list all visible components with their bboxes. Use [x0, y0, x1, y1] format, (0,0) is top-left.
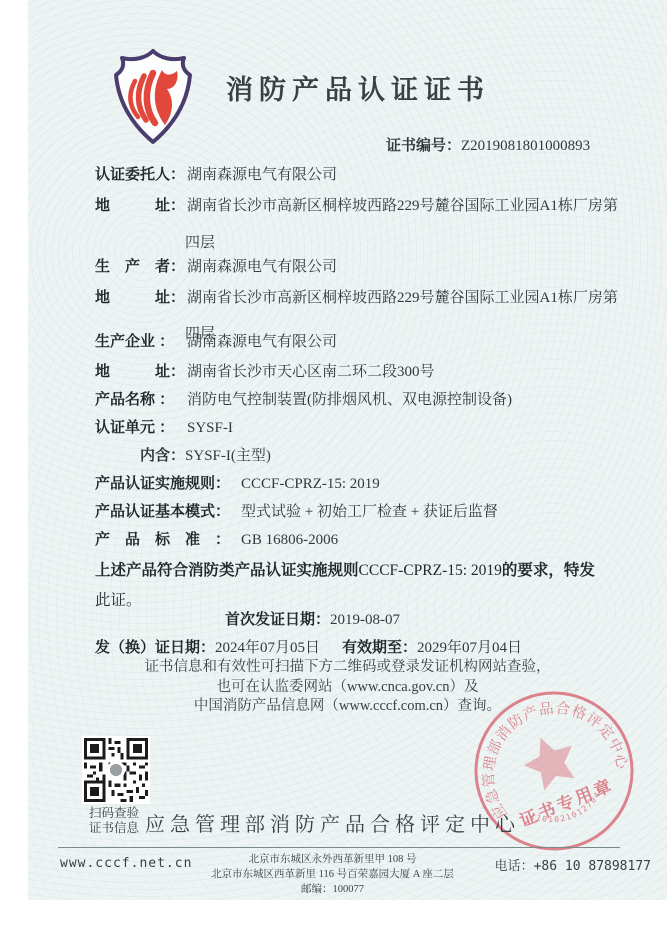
field-mode: 产品认证基本模式：型式试验 + 初始工厂检查 + 获证后监督 — [95, 502, 498, 522]
field-value: 湖南省长沙市高新区桐梓坡西路229号麓谷国际工业园A1栋厂房第 — [187, 198, 618, 214]
reissue-value: 2024年07月05日 — [215, 640, 320, 656]
certificate-paper: 消防产品认证证书 证书编号：Z2019081801000893 认证委托人：湖南… — [28, 0, 667, 900]
footer-address-line1: 北京市东城区永外西革新里甲 108 号 — [128, 852, 537, 867]
field-value: GB 16806-2006 — [241, 532, 338, 548]
certificate-title: 消防产品认证证书 — [226, 68, 490, 107]
first-issue-label: 首次发证日期： — [225, 611, 330, 628]
issuing-org-name: 应急管理部消防产品合格评定中心 — [28, 808, 637, 837]
field-applicant: 认证委托人：湖南森源电气有限公司 — [95, 165, 337, 185]
footer-divider — [58, 847, 620, 848]
field-value: CCCF-CPRZ-15: 2019 — [241, 476, 380, 492]
field-enterprise-address: 地 址：湖南省长沙市天心区南二环二段300号 — [95, 362, 435, 382]
field-producer-address: 地 址：湖南省长沙市高新区桐梓坡西路229号麓谷国际工业园A1栋厂房第 — [95, 288, 618, 308]
field-label: 产 品 标 准 ： — [95, 530, 241, 550]
field-label: 认证单元 ： — [95, 418, 187, 438]
field-value: 型式试验 + 初始工厂检查 + 获证后监督 — [241, 504, 498, 520]
statement-line1: 上述产品符合消防类产品认证实施规则CCCF-CPRZ-15: 2019的要求，特… — [95, 556, 610, 586]
field-cert-unit: 认证单元 ：SYSF-I — [95, 418, 233, 438]
field-label: 生产企业 ： — [95, 332, 187, 352]
statement-code: CCCF-CPRZ-15: 2019 — [359, 562, 502, 579]
field-product-name: 产品名称 ：消防电气控制装置(防排烟风机、双电源控制设备) — [95, 390, 512, 410]
reissue-label: 发（换）证日期： — [95, 639, 215, 656]
qr-code — [82, 736, 150, 804]
field-applicant-address: 地 址：湖南省长沙市高新区桐梓坡西路229号麓谷国际工业园A1栋厂房第 — [95, 196, 618, 216]
first-issue-value: 2019-08-07 — [330, 612, 400, 628]
footer-postcode: 邮编：100077 — [128, 882, 537, 897]
field-label: 产品认证实施规则： — [95, 474, 241, 494]
reissue-date-row: 发（换）证日期：2024年07月05日有效期至：2029年07月04日 — [95, 636, 522, 657]
field-label: 产品认证基本模式： — [95, 502, 241, 522]
statement-part2: 的要求，特发 — [502, 562, 595, 579]
expiry-label: 有效期至： — [342, 639, 417, 656]
field-applicant-address-line2: 四层 — [185, 231, 215, 252]
field-value: 湖南森源电气有限公司 — [187, 167, 337, 183]
field-producer: 生 产 者：湖南森源电气有限公司 — [95, 257, 337, 277]
footer-phone: 电话：+86 10 87898177 — [495, 855, 651, 874]
field-label: 内含： — [140, 447, 185, 464]
field-value: 湖南省长沙市高新区桐梓坡西路229号麓谷国际工业园A1栋厂房第 — [187, 290, 618, 306]
certificate-number-label: 证书编号： — [386, 137, 461, 154]
field-label: 地 址： — [95, 196, 187, 216]
certificate-number: 证书编号：Z2019081801000893 — [386, 134, 590, 155]
field-includes: 内含：SYSF-I(主型) — [140, 446, 271, 466]
field-enterprise: 生产企业 ：湖南森源电气有限公司 — [95, 332, 337, 352]
fire-shield-logo-icon — [98, 44, 208, 156]
field-label: 地 址： — [95, 288, 187, 308]
expiry-value: 2029年07月04日 — [417, 640, 522, 656]
first-issue-date-row: 首次发证日期：2019-08-07 — [225, 608, 400, 629]
footer-address: 北京市东城区永外西革新里甲 108 号 北京市东城区西革新里 116 号百荣嘉园… — [128, 852, 537, 897]
statement-part1: 上述产品符合消防类产品认证实施规则 — [95, 562, 359, 579]
footer-address-line2: 北京市东城区西革新里 116 号百荣嘉园大厦 A 座二层 — [128, 867, 537, 882]
field-value: SYSF-I(主型) — [185, 448, 271, 464]
seal-star-icon — [516, 728, 583, 794]
field-value: 湖南森源电气有限公司 — [187, 334, 337, 350]
field-rule: 产品认证实施规则：CCCF-CPRZ-15: 2019 — [95, 474, 380, 494]
certificate-number-value: Z2019081801000893 — [461, 138, 590, 154]
field-value: 湖南省长沙市天心区南二环二段300号 — [187, 364, 435, 380]
verification-line1: 证书信息和有效性可扫描下方二维码或登录发证机构网站查验， — [68, 658, 627, 678]
field-standard: 产 品 标 准 ：GB 16806-2006 — [95, 530, 338, 550]
field-label: 地 址： — [95, 362, 187, 382]
field-value: 湖南森源电气有限公司 — [187, 259, 337, 275]
field-label: 生 产 者： — [95, 257, 187, 277]
field-label: 认证委托人： — [95, 165, 187, 185]
field-label: 产品名称 ： — [95, 390, 187, 410]
field-value: SYSF-I — [187, 420, 233, 436]
field-value: 消防电气控制装置(防排烟风机、双电源控制设备) — [187, 392, 512, 408]
